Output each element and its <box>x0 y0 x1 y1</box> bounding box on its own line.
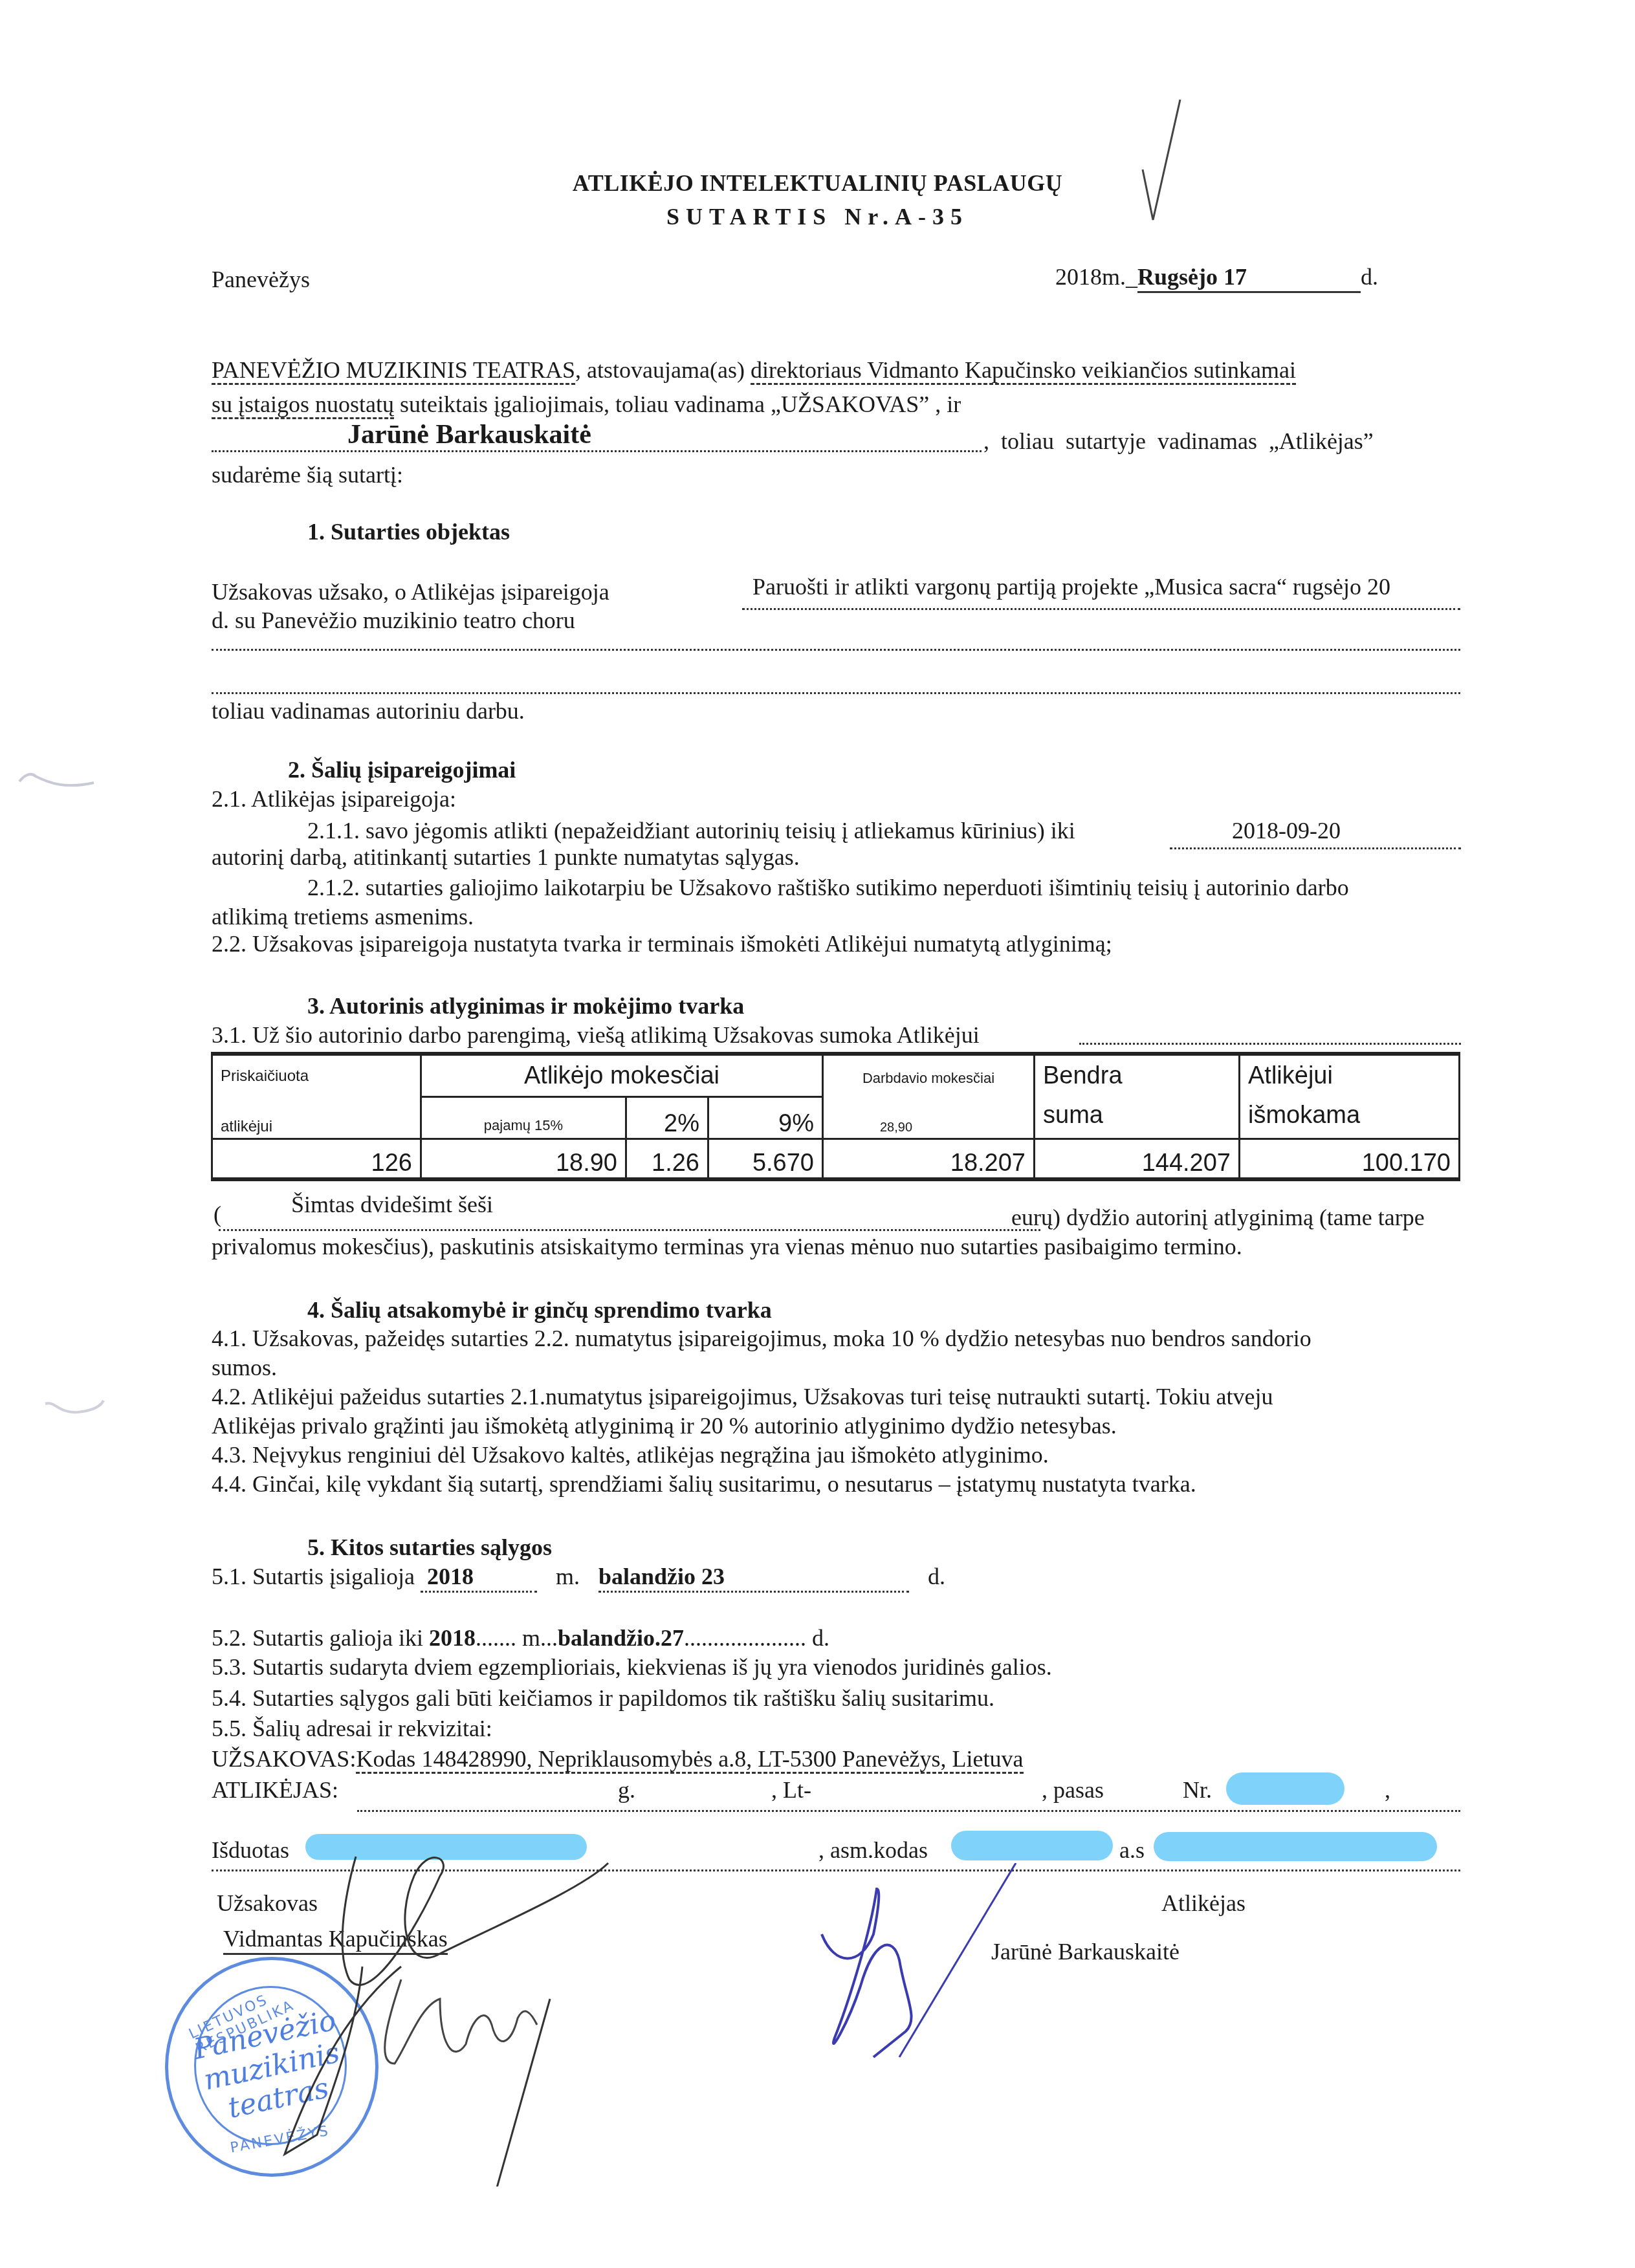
col-9pct: 9% <box>708 1097 823 1139</box>
clause-2-2: 2.2. Užsakovas įsipareigoja nustatyta tv… <box>212 930 1112 958</box>
performer-comma: , <box>1385 1776 1390 1804</box>
clause-2-1-2: 2.1.2. sutarties galiojimo laikotarpiu b… <box>307 873 1349 902</box>
object-line <box>742 608 1460 610</box>
city: Panevėžys <box>212 265 310 294</box>
col-payout-bottom: išmokama <box>1248 1102 1451 1129</box>
col-employer-taxes: Darbdavio mokesčiai 28,90 <box>823 1054 1035 1139</box>
intro-performer-role: , toliau sutartyje vadinamas „Atlikėjas” <box>983 427 1482 455</box>
redacted-personal-code <box>951 1831 1113 1860</box>
start-month-suffix: m. <box>556 1564 580 1589</box>
clause-5-3: 5.3. Sutartis sudaryta dviem egzempliori… <box>212 1653 1052 1681</box>
date-suffix: d. <box>1361 264 1378 290</box>
performer-passport-nr: Nr. <box>1183 1776 1212 1804</box>
date-prefix: 2018m._ <box>1055 264 1137 290</box>
section-4-heading: 4. Šalių atsakomybė ir ginčų sprendimo t… <box>307 1296 772 1324</box>
amount-open-paren: ( <box>214 1200 221 1228</box>
amount-description: eurų) dydžio autorinį atlyginimą (tame t… <box>1011 1203 1425 1232</box>
performer-label: ATLIKĖJAS: <box>212 1776 338 1804</box>
clause-5-1-label: 5.1. Sutartis įsigalioja <box>212 1564 415 1589</box>
cell-employer-taxes: 18.207 <box>823 1139 1035 1180</box>
performer-postal: , Lt- <box>771 1776 811 1804</box>
performer-name: Jarūnė Barkauskaitė <box>347 419 591 450</box>
col-accrued-bottom: atlikėjui <box>221 1118 412 1136</box>
intro-line-4: sudarėme šią sutartį: <box>212 461 403 489</box>
cell-total: 144.207 <box>1035 1139 1240 1180</box>
customer-details-row: UŽSAKOVAS:Kodas 148428990, Nepriklausomy… <box>212 1745 1024 1773</box>
deadline-line <box>1170 847 1461 849</box>
cell-accrued: 126 <box>212 1139 421 1180</box>
end-mid: ....... m... <box>476 1625 558 1651</box>
end-year: 2018 <box>429 1625 476 1651</box>
clause-2-1-1: 2.1.1. savo jėgomis atlikti (nepažeidžia… <box>307 816 1075 845</box>
clause-5-2: 5.2. Sutartis galioja iki 2018....... m.… <box>212 1624 829 1652</box>
clause-4-2-continued: Atlikėjas privalo grąžinti jau išmokėtą … <box>212 1412 1117 1440</box>
start-date: balandžio 23 <box>598 1562 909 1593</box>
section-5-heading: 5. Kitos sutarties sąlygos <box>307 1533 552 1562</box>
col-payout-top: Atlikėjui <box>1248 1062 1451 1090</box>
performer-signature-icon <box>809 1863 1022 2077</box>
clause-5-5: 5.5. Šalių adresai ir rekvizitai: <box>212 1714 492 1743</box>
margin-mark-icon <box>13 770 97 796</box>
section-1-heading: 1. Sutarties objektas <box>307 518 510 546</box>
redacted-passport-number <box>1226 1772 1344 1805</box>
object-intro: Užsakovas užsako, o Atlikėjas įsipareigo… <box>212 578 609 606</box>
col-total-bottom: suma <box>1043 1102 1231 1129</box>
payment-table: Priskaičiuota atlikėjui Atlikėjo mokesči… <box>211 1052 1460 1181</box>
intro-statute: su įstaigos nuostatų <box>212 391 394 419</box>
object-footer: toliau vadinamas autoriniu darbu. <box>212 697 525 725</box>
object-line-2 <box>212 649 1460 651</box>
cell-payout: 100.170 <box>1240 1139 1460 1180</box>
col-2pct: 2% <box>626 1097 708 1139</box>
date-value: Rugsėjo 17 <box>1137 263 1361 293</box>
clause-3-1-line <box>1079 1043 1461 1045</box>
account-label: a.s <box>1119 1836 1145 1864</box>
object-text: Paruošti ir atlikti vargonų partiją proj… <box>752 572 1390 601</box>
amount-terms: privalomus mokesčius), paskutinis atsisk… <box>212 1232 1242 1261</box>
deadline-date: 2018-09-20 <box>1232 816 1341 845</box>
intro-represented: , atstovaujama(as) <box>575 357 745 383</box>
cell-2pct: 1.26 <box>626 1139 708 1180</box>
customer-signature-icon <box>246 1850 751 2186</box>
col-total-top: Bendra <box>1043 1062 1231 1090</box>
section-2-heading: 2. Šalių įsipareigojimai <box>288 756 516 784</box>
performer-name-field: Jarūnė Barkauskaitė <box>212 420 982 452</box>
redacted-account <box>1154 1832 1437 1861</box>
margin-mark-icon <box>39 1394 110 1420</box>
col-total: Bendra suma <box>1035 1054 1240 1139</box>
clause-5-2-label: 5.2. Sutartis galioja iki <box>212 1625 423 1651</box>
start-day-suffix: d. <box>928 1564 945 1589</box>
contract-date: 2018m._Rugsėjo 17d. <box>1055 263 1378 293</box>
object-line-3 <box>212 692 1460 694</box>
clause-4-3: 4.3. Neįvykus renginiui dėl Užsakovo kal… <box>212 1441 1049 1469</box>
clause-2-1-1-continued: autorinį darbą, atitinkantį sutarties 1 … <box>212 843 800 871</box>
section-3-heading: 3. Autorinis atlyginimas ir mokėjimo tva… <box>307 992 744 1020</box>
clause-4-1-continued: sumos. <box>212 1353 277 1382</box>
intro-line-1: PANEVĖŽIO MUZIKINIS TEATRAS, atstovaujam… <box>212 356 1461 384</box>
party-representative: direktoriaus Vidmanto Kapučinsko veikian… <box>751 357 1296 385</box>
start-year: 2018 <box>421 1562 537 1593</box>
performer-passport: , pasas <box>1042 1776 1104 1804</box>
object-text-continued: d. su Panevėžio muzikinio teatro choru <box>212 606 575 635</box>
performer-line <box>357 1810 1460 1812</box>
table-row: 126 18.90 1.26 5.670 18.207 144.207 100.… <box>212 1139 1460 1180</box>
clause-4-2: 4.2. Atlikėjui pažeidus sutarties 2.1.nu… <box>212 1382 1273 1411</box>
col-payout: Atlikėjui išmokama <box>1240 1054 1460 1139</box>
clause-2-1-2-continued: atlikimą tretiems asmenims. <box>212 902 474 931</box>
intro-authority: suteiktais įgaliojimais, toliau vadinama… <box>400 391 961 417</box>
customer-details: Kodas 148428990, Nepriklausomybės a.8, L… <box>356 1746 1023 1774</box>
customer-label: UŽSAKOVAS: <box>212 1746 356 1772</box>
end-date: balandžio.27 <box>558 1625 684 1651</box>
contract-number: SUTARTIS Nr.A-35 <box>0 203 1635 230</box>
end-day-suffix: ..................... d. <box>684 1625 829 1651</box>
clause-4-4: 4.4. Ginčai, kilę vykdant šią sutartį, s… <box>212 1470 1196 1498</box>
cell-9pct: 5.670 <box>708 1139 823 1180</box>
col-accrued: Priskaičiuota atlikėjui <box>212 1054 421 1139</box>
party-customer-name: PANEVĖŽIO MUZIKINIS TEATRAS <box>212 357 575 385</box>
clause-4-1: 4.1. Užsakovas, pažeidęs sutarties 2.2. … <box>212 1324 1311 1353</box>
col-income-tax: pajamų 15% <box>421 1097 626 1139</box>
clause-5-1: 5.1. Sutartis įsigalioja 2018 m. balandž… <box>212 1562 945 1593</box>
clause-5-4: 5.4. Sutarties sąlygos gali būti keičiam… <box>212 1684 994 1712</box>
performer-street: g. <box>618 1776 635 1804</box>
performer-role: Atlikėjas <box>1161 1889 1245 1917</box>
col-employer-top: Darbdavio mokesčiai <box>831 1070 1026 1087</box>
cell-income-tax: 18.90 <box>421 1139 626 1180</box>
amount-in-words: Šimtas dvidešimt šeši <box>291 1190 493 1219</box>
col-group-performer-taxes: Atlikėjo mokesčiai <box>421 1054 823 1097</box>
col-accrued-top: Priskaičiuota <box>221 1067 412 1085</box>
clause-3-1: 3.1. Už šio autorinio darbo parengimą, v… <box>212 1021 980 1049</box>
amount-line <box>219 1229 1040 1231</box>
col-employer-bottom: 28,90 <box>831 1120 1026 1135</box>
intro-line-2: su įstaigos nuostatų suteiktais įgalioji… <box>212 390 961 419</box>
personal-code-label: , asm.kodas <box>818 1836 928 1864</box>
document-title: ATLIKĖJO INTELEKTUALINIŲ PASLAUGŲ <box>0 169 1635 197</box>
clause-2-1: 2.1. Atlikėjas įsipareigoja: <box>212 785 456 813</box>
